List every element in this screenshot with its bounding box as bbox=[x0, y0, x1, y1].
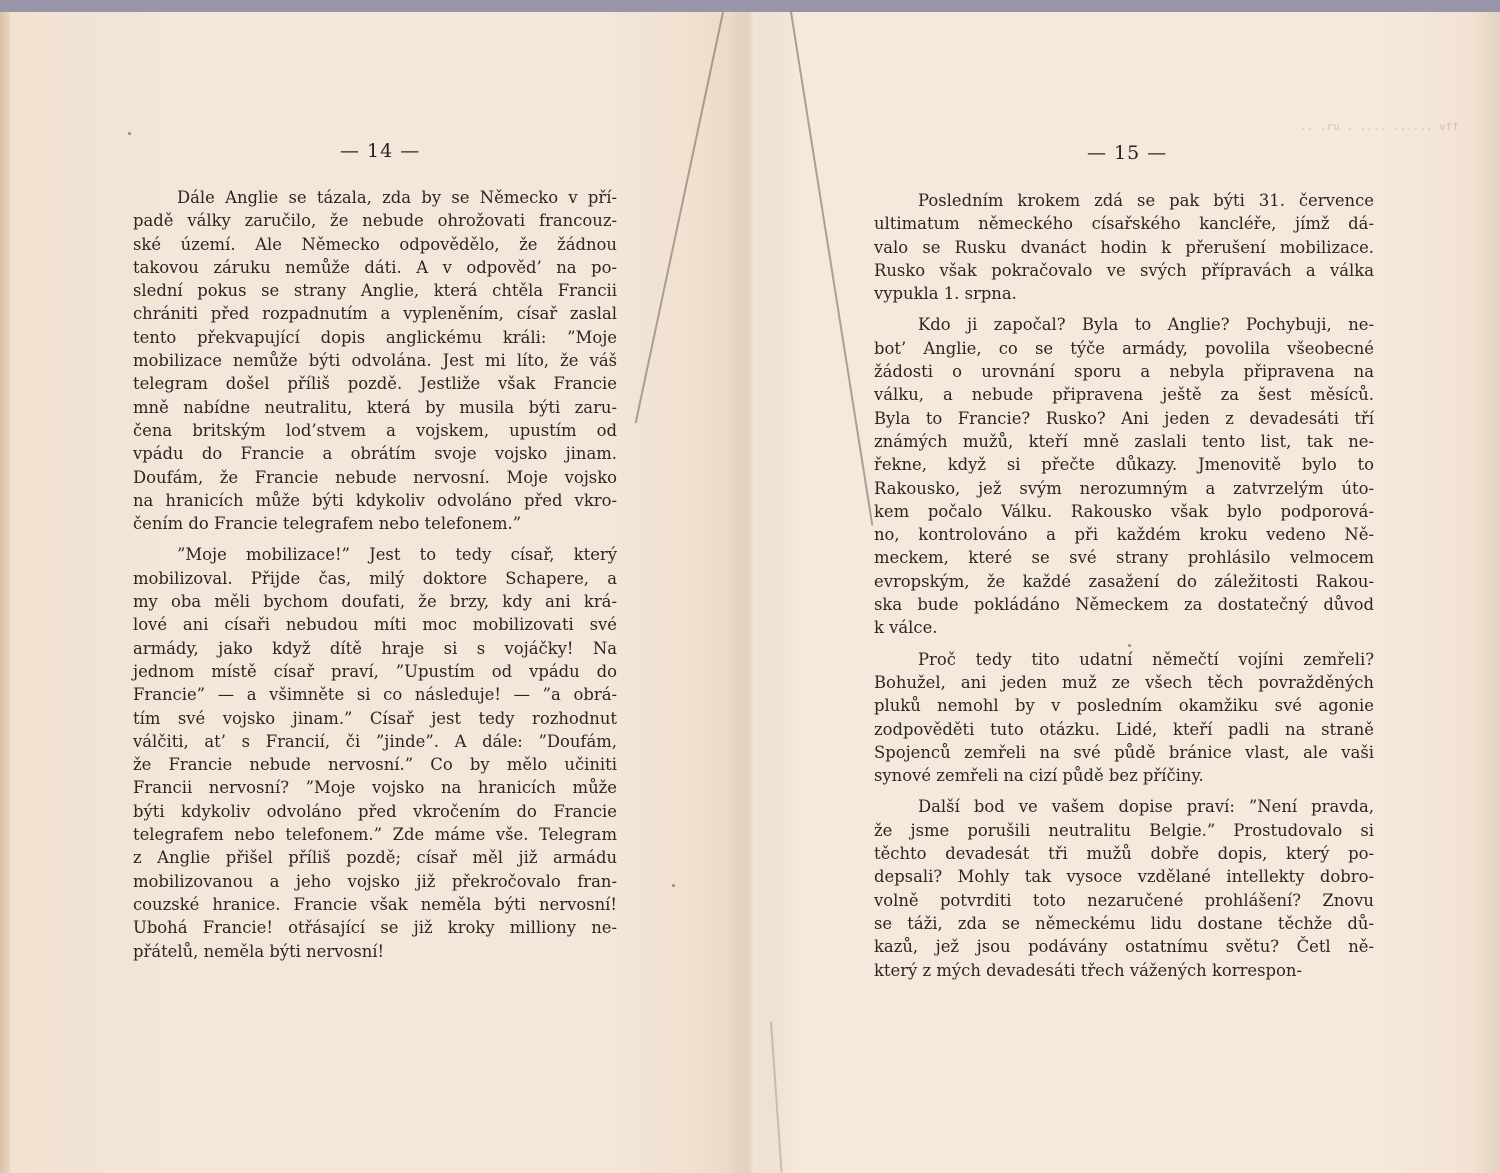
page-number-left: — 14 — bbox=[340, 140, 420, 162]
left-page-text: Dále Anglie se tázala, zda by se Německo… bbox=[133, 186, 617, 971]
text-line: mobilizovanou a jeho vojsko již překročo… bbox=[133, 870, 617, 893]
text-line: valo se Rusku dvanáct hodin k přerušení … bbox=[874, 236, 1374, 259]
text-line: chrániti před rozpadnutím a vypleněním, … bbox=[133, 302, 617, 325]
text-line: z Anglie přišel příliš pozdě; císař měl … bbox=[133, 846, 617, 869]
text-line: telegrafem nebo telefonem.” Zde máme vše… bbox=[133, 823, 617, 846]
paragraph: Dále Anglie se tázala, zda by se Německo… bbox=[133, 186, 617, 535]
text-line: vypukla 1. srpna. bbox=[874, 282, 1374, 305]
text-line: že Francie nebude nervosní.” Co by mělo … bbox=[133, 753, 617, 776]
paragraph: Kdo ji započal? Byla to Anglie? Pochybuj… bbox=[874, 313, 1374, 639]
paper-speck bbox=[128, 132, 131, 135]
text-line: jednom místě císař praví, ”Upustím od vp… bbox=[133, 660, 617, 683]
text-line: couzské hranice. Francie však neměla být… bbox=[133, 893, 617, 916]
text-line: že jsme porušili neutralitu Belgie.” Pro… bbox=[874, 819, 1374, 842]
text-line: evropským, že každé zasažení do záležito… bbox=[874, 570, 1374, 593]
text-line: čena britským lod’stvem a vojskem, upust… bbox=[133, 419, 617, 442]
text-line: telegram došel příliš pozdě. Jestliže vš… bbox=[133, 372, 617, 395]
bleed-through-text: .. .ru . .... ...... vff bbox=[1300, 120, 1459, 133]
text-line: Ubohá Francie! otřásající se již kroky m… bbox=[133, 916, 617, 939]
left-page: — 14 — Dále Anglie se tázala, zda by se … bbox=[0, 12, 740, 1173]
text-line: Francii nervosní? ”Moje vojsko na hranic… bbox=[133, 776, 617, 799]
text-line: lové ani císaři nebudou míti moc mobiliz… bbox=[133, 613, 617, 636]
text-line: Rusko však pokračovalo ve svých přípravá… bbox=[874, 259, 1374, 282]
text-line: ”Moje mobilizace!” Jest to tedy císař, k… bbox=[133, 543, 617, 566]
text-line: ské území. Ale Německo odpovědělo, že žá… bbox=[133, 233, 617, 256]
text-line: tento překvapující dopis anglickému král… bbox=[133, 326, 617, 349]
text-line: depsali? Mohly tak vysoce vzdělané intel… bbox=[874, 865, 1374, 888]
text-line: meckem, které se své strany prohlásilo v… bbox=[874, 546, 1374, 569]
text-line: armády, jako když dítě hraje si s vojáčk… bbox=[133, 637, 617, 660]
text-line: válku, a nebude připravena ještě za šest… bbox=[874, 383, 1374, 406]
text-line: Rakousko, jež svým nerozumným a zatvrzel… bbox=[874, 477, 1374, 500]
text-line: k válce. bbox=[874, 616, 1374, 639]
text-line: ultimatum německého císařského kancléře,… bbox=[874, 212, 1374, 235]
text-line: který z mých devadesáti třech vážených k… bbox=[874, 959, 1374, 982]
text-line: bot’ Anglie, co se týče armády, povolila… bbox=[874, 337, 1374, 360]
text-line: mobilizoval. Přijde čas, milý doktore Sc… bbox=[133, 567, 617, 590]
text-line: přátelů, neměla býti nervosní! bbox=[133, 940, 617, 963]
text-line: slední pokus se strany Anglie, která cht… bbox=[133, 279, 617, 302]
text-line: válčiti, at’ s Francií, či ”jinde”. A dá… bbox=[133, 730, 617, 753]
text-line: Spojenců zemřeli na své půdě bránice vla… bbox=[874, 741, 1374, 764]
text-line: padě války zaručilo, že nebude ohrožovat… bbox=[133, 209, 617, 232]
paragraph: Další bod ve vašem dopise praví: ”Není p… bbox=[874, 795, 1374, 981]
text-line: těchto devadesát tři mužů dobře dopis, k… bbox=[874, 842, 1374, 865]
text-line: Dále Anglie se tázala, zda by se Německo… bbox=[133, 186, 617, 209]
text-line: Bohužel, ani jeden muž ze všech těch pov… bbox=[874, 671, 1374, 694]
text-line: Další bod ve vašem dopise praví: ”Není p… bbox=[874, 795, 1374, 818]
text-line: pluků nemohl by v posledním okamžiku své… bbox=[874, 694, 1374, 717]
text-line: ska bude pokládáno Německem za dostatečn… bbox=[874, 593, 1374, 616]
text-line: býti kdykoliv odvoláno před vkročením do… bbox=[133, 800, 617, 823]
text-line: Kdo ji započal? Byla to Anglie? Pochybuj… bbox=[874, 313, 1374, 336]
text-line: volně potvrditi toto nezaručené prohláše… bbox=[874, 889, 1374, 912]
text-line: řekne, když si přečte důkazy. Jmenovitě … bbox=[874, 453, 1374, 476]
paragraph: Proč tedy tito udatní němečtí vojíni zem… bbox=[874, 648, 1374, 788]
text-line: kazů, jež jsou podávány ostatnímu světu?… bbox=[874, 935, 1374, 958]
paper-speck bbox=[1128, 644, 1131, 647]
page-number-right: — 15 — bbox=[1087, 142, 1167, 164]
text-line: tím své vojsko jinam.” Císař jest tedy r… bbox=[133, 707, 617, 730]
page-edge bbox=[0, 12, 10, 1173]
paragraph: Posledním krokem zdá se pak býti 31. čer… bbox=[874, 189, 1374, 305]
book-spread: — 14 — Dále Anglie se tázala, zda by se … bbox=[0, 12, 1500, 1173]
text-line: mobilizace nemůže býti odvolána. Jest mi… bbox=[133, 349, 617, 372]
text-line: mně nabídne neutralitu, která by musila … bbox=[133, 396, 617, 419]
text-line: Francie” — a všimněte si co následuje! —… bbox=[133, 683, 617, 706]
text-line: na hranicích může býti kdykoliv odvoláno… bbox=[133, 489, 617, 512]
text-line: synové zemřeli na cizí půdě bez příčiny. bbox=[874, 764, 1374, 787]
text-line: takovou záruku nemůže dáti. A v odpověd’… bbox=[133, 256, 617, 279]
text-line: Proč tedy tito udatní němečtí vojíni zem… bbox=[874, 648, 1374, 671]
text-line: známých mužů, kteří mně zaslali tento li… bbox=[874, 430, 1374, 453]
paper-speck bbox=[672, 884, 675, 887]
text-line: Posledním krokem zdá se pak býti 31. čer… bbox=[874, 189, 1374, 212]
text-line: Byla to Francie? Rusko? Ani jeden z deva… bbox=[874, 407, 1374, 430]
text-line: Doufám, že Francie nebude nervosní. Moje… bbox=[133, 466, 617, 489]
right-page-text: Posledním krokem zdá se pak býti 31. čer… bbox=[874, 189, 1374, 990]
text-line: vpádu do Francie a obrátím svoje vojsko … bbox=[133, 442, 617, 465]
text-line: no, kontrolováno a při každém kroku vede… bbox=[874, 523, 1374, 546]
text-line: my oba měli bychom doufati, že brzy, kdy… bbox=[133, 590, 617, 613]
book-gutter bbox=[730, 12, 770, 1173]
text-line: zodpověděti tuto otázku. Lidé, kteří pad… bbox=[874, 718, 1374, 741]
text-line: kem počalo Válku. Rakousko však bylo pod… bbox=[874, 500, 1374, 523]
text-line: se táži, zda se německému lidu dostane t… bbox=[874, 912, 1374, 935]
text-line: žádosti o urovnání sporu a nebyla připra… bbox=[874, 360, 1374, 383]
text-line: čením do Francie telegrafem nebo telefon… bbox=[133, 512, 617, 535]
paragraph: ”Moje mobilizace!” Jest to tedy císař, k… bbox=[133, 543, 617, 962]
